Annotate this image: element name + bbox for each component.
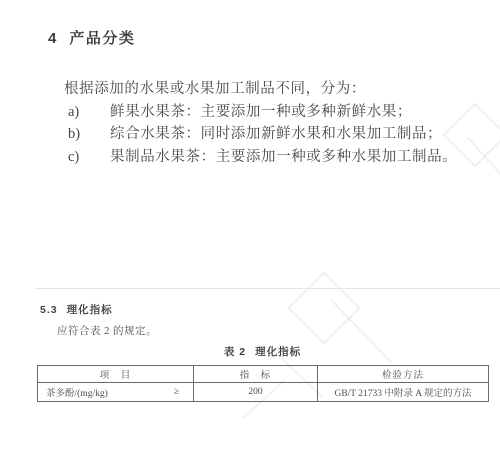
- cell-method: GB/T 21733 中附录 A 规定的方法: [318, 383, 489, 402]
- section-4-number: 4: [48, 30, 56, 47]
- section-5-3-title: 理化指标: [67, 304, 113, 316]
- classification-item-b: b)综合水果茶：同时添加新鲜水果和水果加工制品；: [68, 122, 442, 143]
- section-4-title: 产品分类: [69, 30, 135, 47]
- table-header-row: 项 目 指 标 检验方法: [38, 366, 489, 383]
- list-marker: a): [68, 104, 110, 121]
- section-5-3-body: 应符合表 2 的规定。: [57, 323, 157, 338]
- list-marker: b): [68, 126, 110, 143]
- cell-item: 茶多酚/(mg/kg) ≥: [38, 383, 194, 402]
- classification-item-a: a)鲜果水果茶：主要添加一种或多种新鲜水果；: [68, 100, 412, 121]
- classification-intro: 根据添加的水果或水果加工制品不同，分为：: [64, 77, 366, 98]
- cell-index-value: 200: [194, 383, 318, 402]
- list-item-text: 综合水果茶：同时添加新鲜水果和水果加工制品；: [110, 126, 442, 142]
- section-4-heading: 4产品分类: [48, 27, 135, 48]
- table-row: 茶多酚/(mg/kg) ≥ 200 GB/T 21733 中附录 A 规定的方法: [38, 383, 489, 402]
- watermark-mark: [467, 137, 500, 181]
- column-header-method: 检验方法: [318, 366, 489, 383]
- document-page: 4产品分类 根据添加的水果或水果加工制品不同，分为： a)鲜果水果茶：主要添加一…: [0, 0, 500, 459]
- list-item-text: 果制品水果茶：主要添加一种或多种水果加工制品。: [110, 149, 457, 165]
- list-item-text: 鲜果水果茶：主要添加一种或多种新鲜水果；: [110, 104, 412, 120]
- indicator-name: 茶多酚/(mg/kg): [46, 385, 108, 399]
- section-5-3-number: 5.3: [40, 304, 58, 316]
- table-2-label: 表 2: [224, 346, 246, 358]
- table-2-title: 理化指标: [255, 346, 301, 358]
- table-2-caption: 表 2理化指标: [37, 344, 488, 359]
- column-header-index: 指 标: [194, 366, 318, 383]
- column-header-item: 项 目: [38, 366, 194, 383]
- classification-item-c: c)果制品水果茶：主要添加一种或多种水果加工制品。: [68, 145, 457, 166]
- section-divider: [35, 288, 500, 289]
- relation-symbol: ≥: [174, 387, 179, 397]
- physical-chemical-indicator-table: 项 目 指 标 检验方法 茶多酚/(mg/kg) ≥ 200 GB/T 2173…: [37, 365, 489, 402]
- section-5-3-heading: 5.3理化指标: [40, 302, 113, 317]
- list-marker: c): [68, 149, 110, 166]
- watermark-mark: [287, 271, 361, 345]
